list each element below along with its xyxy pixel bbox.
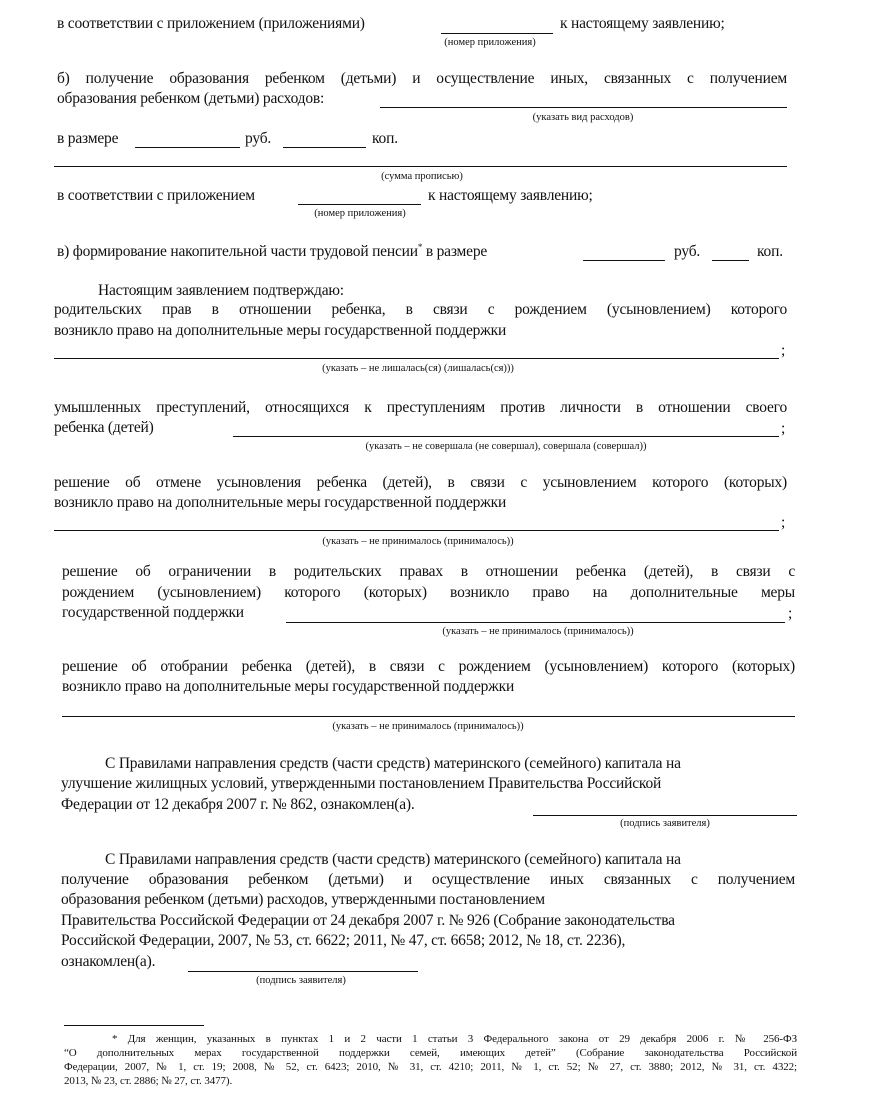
confirm-item-4-line1: решение об ограничении в родительских пр… xyxy=(62,562,795,582)
confirm-item-2-field[interactable] xyxy=(233,436,779,437)
amount-in-words-field[interactable] xyxy=(54,166,787,167)
appendix-number-field[interactable] xyxy=(441,33,553,34)
confirm-item-4-last: государственной поддержки xyxy=(62,603,244,623)
pension-rub-field[interactable] xyxy=(583,260,665,261)
amount-label: в размере xyxy=(57,129,118,149)
confirm-item-1-caption: (указать – не лишалась(ся) (лишалась(ся)… xyxy=(322,363,514,375)
amount-in-words-caption: (сумма прописью) xyxy=(381,171,463,183)
rules-education-line4: Правительства Российской Федерации от 24… xyxy=(61,911,675,931)
confirm-item-1-field[interactable] xyxy=(54,358,779,359)
pension-kop-label: коп. xyxy=(757,242,783,262)
confirm-item-2-last: ребенка (детей) xyxy=(54,418,154,438)
confirm-item-5-line1: решение об отобрании ребенка (детей), в … xyxy=(62,657,795,677)
confirm-item-5-last: возникло право на дополнительные меры го… xyxy=(62,677,514,697)
rules-education-line6: ознакомлен(а). xyxy=(61,952,155,972)
expense-type-field[interactable] xyxy=(380,107,787,108)
rules-education-line2: получение образования ребенком (детьми) … xyxy=(61,870,795,890)
kop-field[interactable] xyxy=(283,147,366,148)
rub-label: руб. xyxy=(245,129,271,149)
appendix-b-caption: (номер приложения) xyxy=(314,208,405,220)
semicolon: ; xyxy=(788,604,792,624)
appendix-b-text-after: к настоящему заявлению; xyxy=(428,186,593,206)
pension-kop-field[interactable] xyxy=(712,260,749,261)
semicolon: ; xyxy=(781,341,785,361)
rules-education-line1: С Правилами направления средств (части с… xyxy=(105,850,681,870)
semicolon: ; xyxy=(781,419,785,439)
signature-education-field[interactable] xyxy=(188,971,418,972)
section-b-line1: б) получение образования ребенком (детьм… xyxy=(57,69,787,89)
footnote-line3: Федерации, 2007, № 1, ст. 19; 2008, № 52… xyxy=(64,1061,797,1075)
confirm-item-4-caption: (указать – не принималось (принималось)) xyxy=(442,626,633,638)
section-c-text: в) формирование накопительной части труд… xyxy=(57,242,487,262)
appendix-text-before: в соответствии с приложением (приложения… xyxy=(57,14,365,34)
expense-type-caption: (указать вид расходов) xyxy=(533,112,634,124)
confirm-item-1-last: возникло право на дополнительные меры го… xyxy=(54,321,506,341)
confirm-item-4-line2: рождением (усыновлением) которого (котор… xyxy=(62,583,795,603)
appendix-text-after: к настоящему заявлению; xyxy=(560,14,725,34)
rules-housing-line1: С Правилами направления средств (части с… xyxy=(105,754,681,774)
confirm-item-2-caption: (указать – не совершала (не совершал), с… xyxy=(365,441,646,453)
rules-education-line5: Российской Федерации, 2007, № 53, ст. 66… xyxy=(61,931,625,951)
footnote-line1: * Для женщин, указанных в пунктах 1 и 2 … xyxy=(112,1033,797,1047)
rub-field[interactable] xyxy=(135,147,240,148)
confirm-item-3-last: возникло право на дополнительные меры го… xyxy=(54,493,506,513)
footnote-separator xyxy=(64,1025,204,1026)
section-b-line2: образования ребенком (детьми) расходов: xyxy=(57,89,324,109)
signature-housing-caption: (подпись заявителя) xyxy=(620,818,710,830)
appendix-number-caption: (номер приложения) xyxy=(444,37,535,49)
appendix-b-number-field[interactable] xyxy=(298,204,421,205)
confirm-item-3-line1: решение об отмене усыновления ребенка (д… xyxy=(54,473,787,493)
confirm-item-5-caption: (указать – не принималось (принималось)) xyxy=(332,721,523,733)
confirm-item-1-line1: родительских прав в отношении ребенка, в… xyxy=(54,300,787,320)
confirm-heading: Настоящим заявлением подтверждаю: xyxy=(98,281,344,301)
rules-housing-line3: Федерации от 12 декабря 2007 г. № 862, о… xyxy=(61,795,415,815)
confirm-item-3-caption: (указать – не принималось (принималось)) xyxy=(322,536,513,548)
rules-housing-line2: улучшение жилищных условий, утвержденным… xyxy=(61,774,661,794)
kop-label: коп. xyxy=(372,129,398,149)
semicolon: ; xyxy=(781,513,785,533)
signature-education-caption: (подпись заявителя) xyxy=(256,975,346,987)
confirm-item-4-field[interactable] xyxy=(286,622,785,623)
confirm-item-3-field[interactable] xyxy=(54,530,779,531)
footnote-line2: “О дополнительных мерах государственной … xyxy=(64,1047,797,1061)
confirm-item-5-field[interactable] xyxy=(62,716,795,717)
appendix-b-text-before: в соответствии с приложением xyxy=(57,186,255,206)
signature-housing-field[interactable] xyxy=(533,815,797,816)
confirm-item-2-line1: умышленных преступлений, относящихся к п… xyxy=(54,398,787,418)
rules-education-line3: образования ребенком (детьми) расходов, … xyxy=(61,890,545,910)
footnote-line4: 2013, № 23, ст. 2886; № 27, ст. 3477). xyxy=(64,1075,797,1089)
pension-rub-label: руб. xyxy=(674,242,700,262)
footnote-marker: * xyxy=(418,242,422,252)
